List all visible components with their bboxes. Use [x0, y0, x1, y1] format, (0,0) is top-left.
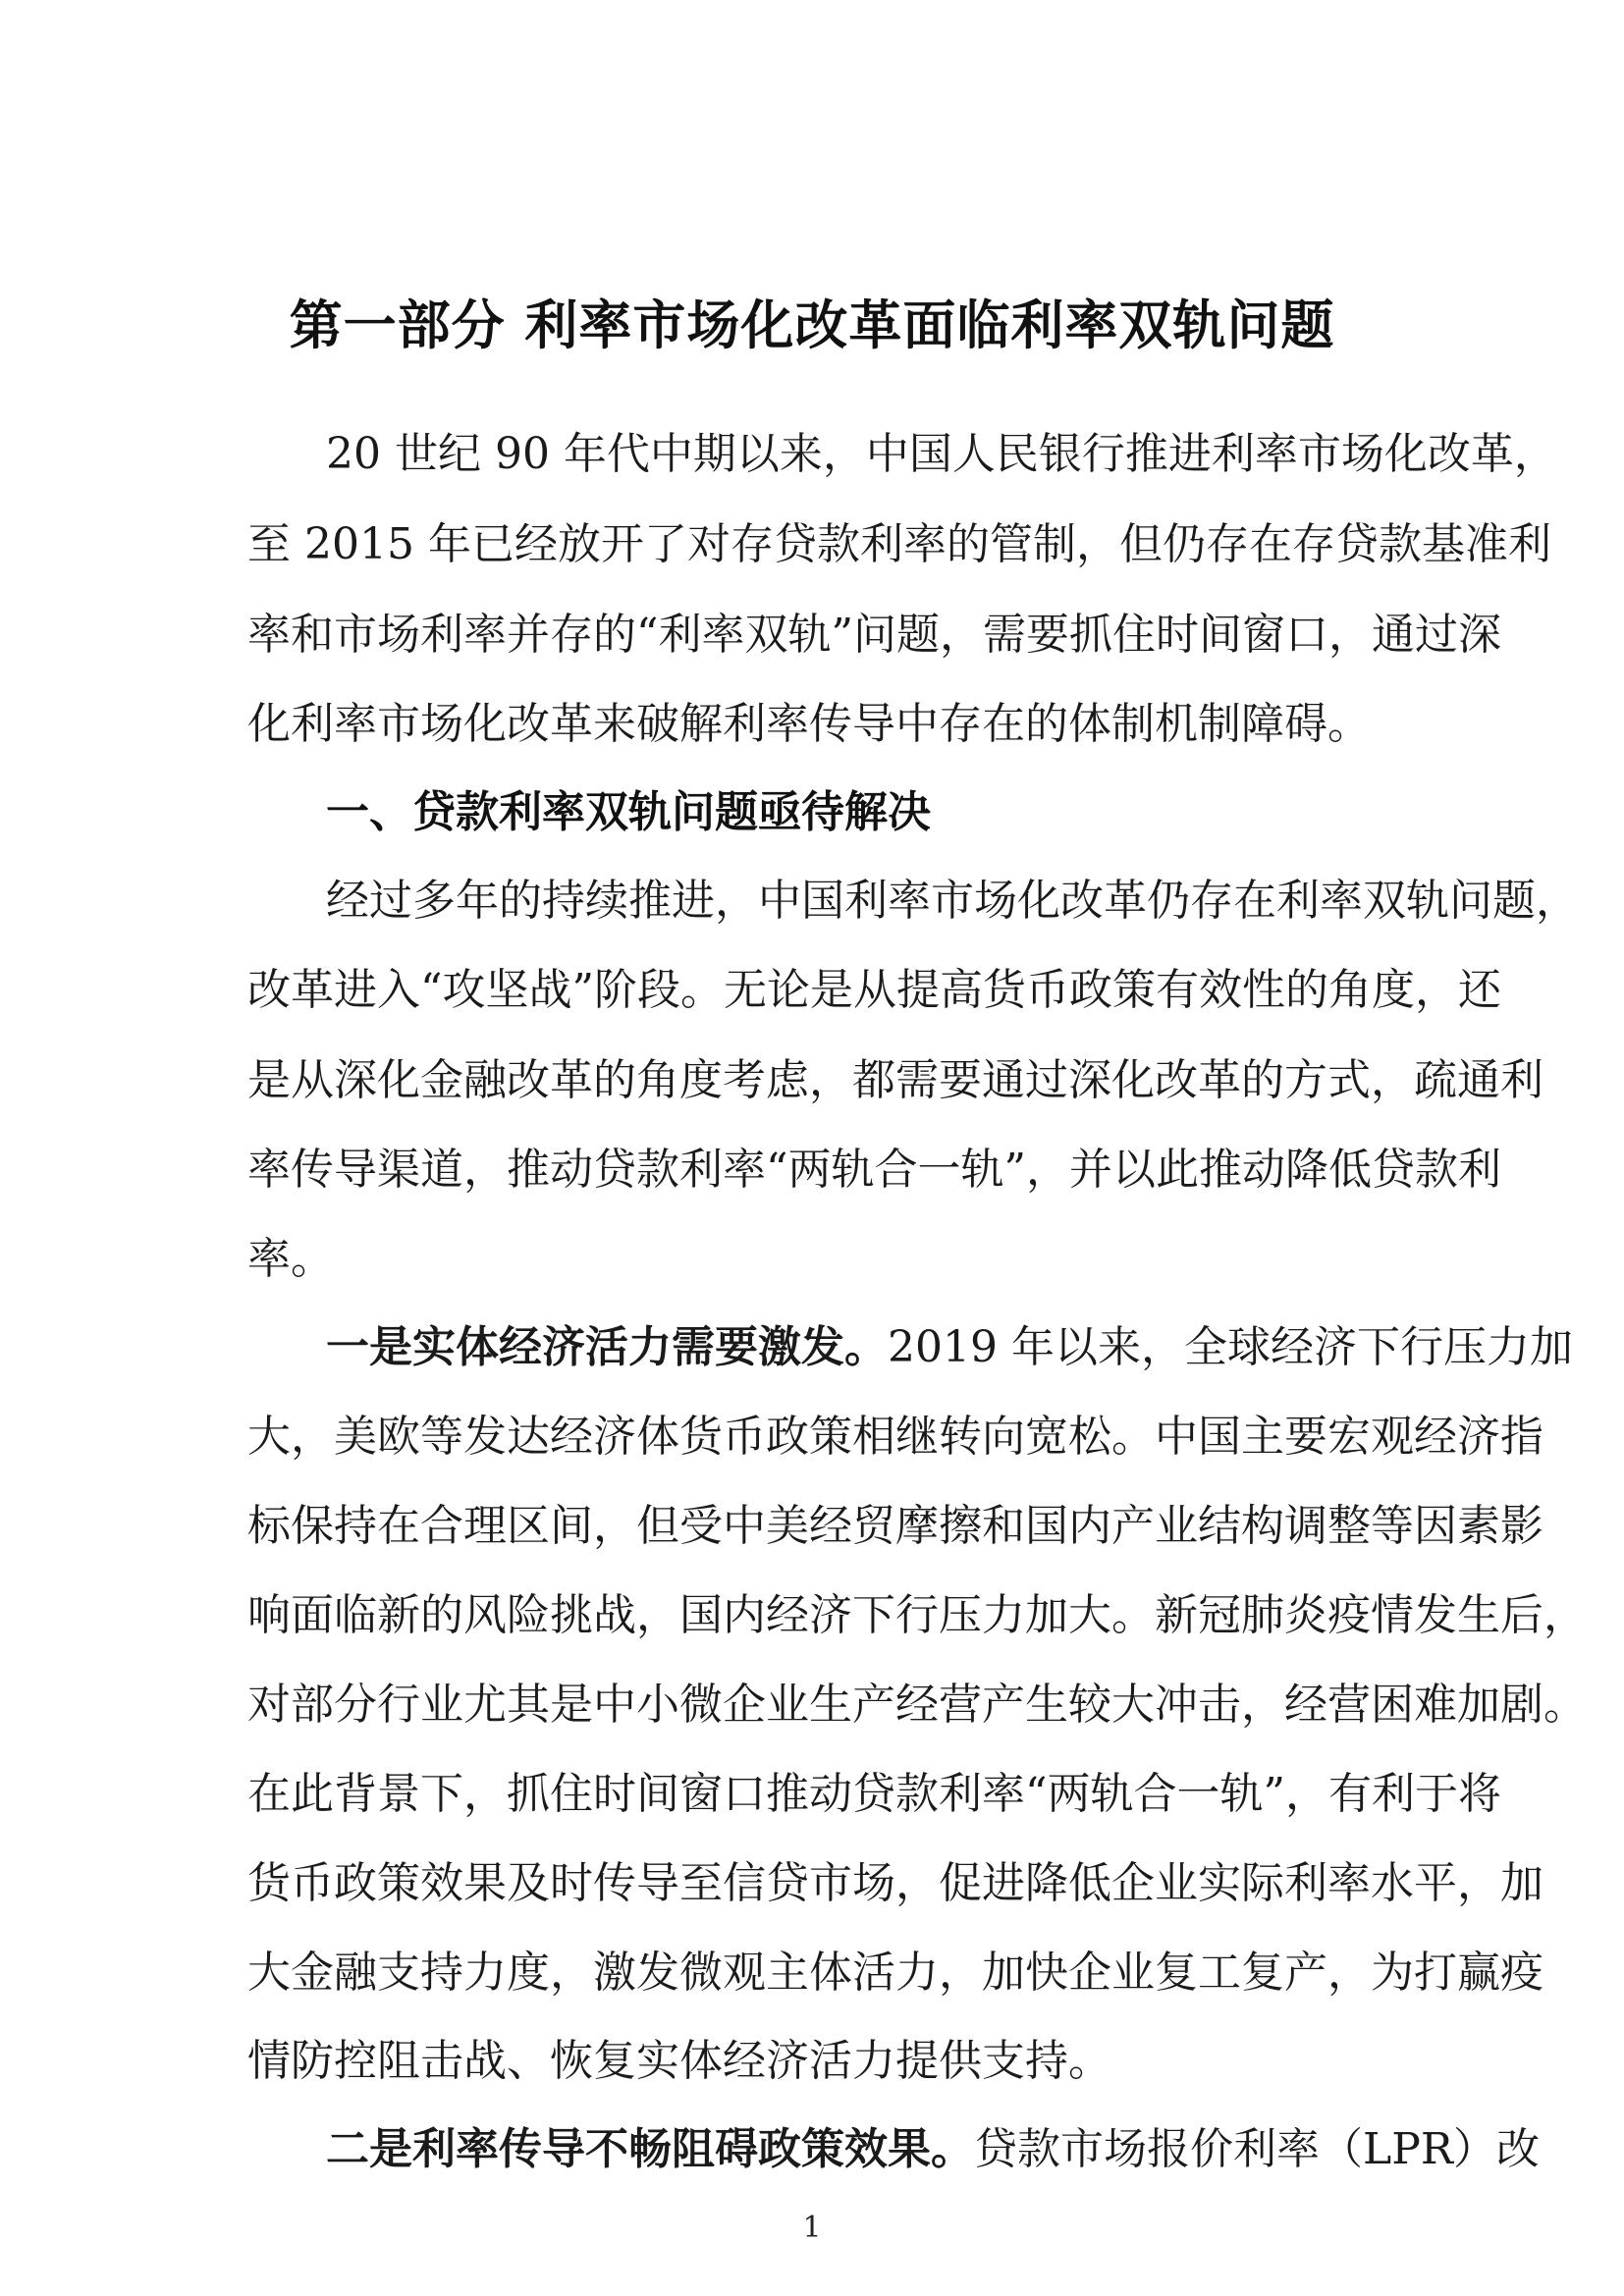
paragraph-line: 大金融支持力度，激发微观主体活力，加快企业复工复产，为打赢疫: [247, 1944, 1386, 2002]
paragraph-line: 至 2015 年已经放开了对存贷款利率的管制，但仍存在存贷款基准利: [247, 515, 1386, 574]
paragraph-text: 2019 年以来，全球经济下行压力加: [888, 1322, 1573, 1372]
paragraph-line: 货币政策效果及时传导至信贷市场，促进降低企业实际利率水平，加: [247, 1854, 1386, 1913]
document-page: 第一部分 利率市场化改革面临利率双轨问题 20 世纪 90 年代中期以来，中国人…: [0, 0, 1624, 2296]
page-number: 1: [0, 2209, 1624, 2248]
page-title: 第一部分 利率市场化改革面临利率双轨问题: [0, 294, 1624, 357]
paragraph-line: 大，美欧等发达经济体货币政策相继转向宽松。中国主要宏观经济指: [247, 1408, 1386, 1467]
paragraph-line: 经过多年的持续推进，中国利率市场化改革仍存在利率双轨问题，: [326, 872, 1386, 931]
paragraph-line: 率传导渠道，推动贷款利率“两轨合一轨”，并以此推动降低贷款利: [247, 1141, 1386, 1200]
paragraph-line: 是从深化金融改革的角度考虑，都需要通过深化改革的方式，疏通利: [247, 1051, 1386, 1110]
paragraph-line: 化利率市场化改革来破解利率传导中存在的体制机制障碍。: [247, 695, 1386, 754]
paragraph-line: 二是利率传导不畅阻碍政策效果。贷款市场报价利率（LPR）改: [326, 2120, 1386, 2179]
paragraph-line: 对部分行业尤其是中小微企业生产经营产生较大冲击，经营困难加剧。: [247, 1676, 1386, 1735]
paragraph-line: 情防控阻击战、恢复实体经济活力提供支持。: [247, 2032, 1386, 2091]
bold-lead-text: 一是实体经济活力需要激发。: [326, 1322, 888, 1372]
paragraph-line: 改革进入“攻坚战”阶段。无论是从提高货币政策有效性的角度，还: [247, 961, 1386, 1020]
paragraph-line: 一是实体经济活力需要激发。2019 年以来，全球经济下行压力加: [326, 1318, 1386, 1377]
paragraph-line: 响面临新的风险挑战，国内经济下行压力加大。新冠肺炎疫情发生后，: [247, 1586, 1386, 1645]
bold-lead-text: 二是利率传导不畅阻碍政策效果。: [326, 2124, 974, 2174]
paragraph-line: 20 世纪 90 年代中期以来，中国人民银行推进利率市场化改革，: [326, 425, 1386, 484]
paragraph-text: 贷款市场报价利率（LPR）改: [974, 2124, 1540, 2174]
paragraph-line: 率和市场利率并存的“利率双轨”问题，需要抓住时间窗口，通过深: [247, 606, 1386, 665]
paragraph-line: 标保持在合理区间，但受中美经贸摩擦和国内产业结构调整等因素影: [247, 1497, 1386, 1556]
paragraph-line: 在此背景下，抓住时间窗口推动贷款利率“两轨合一轨”，有利于将: [247, 1765, 1386, 1824]
paragraph-line: 率。: [247, 1230, 1386, 1289]
section-heading: 一、贷款利率双轨问题亟待解决: [326, 783, 931, 842]
